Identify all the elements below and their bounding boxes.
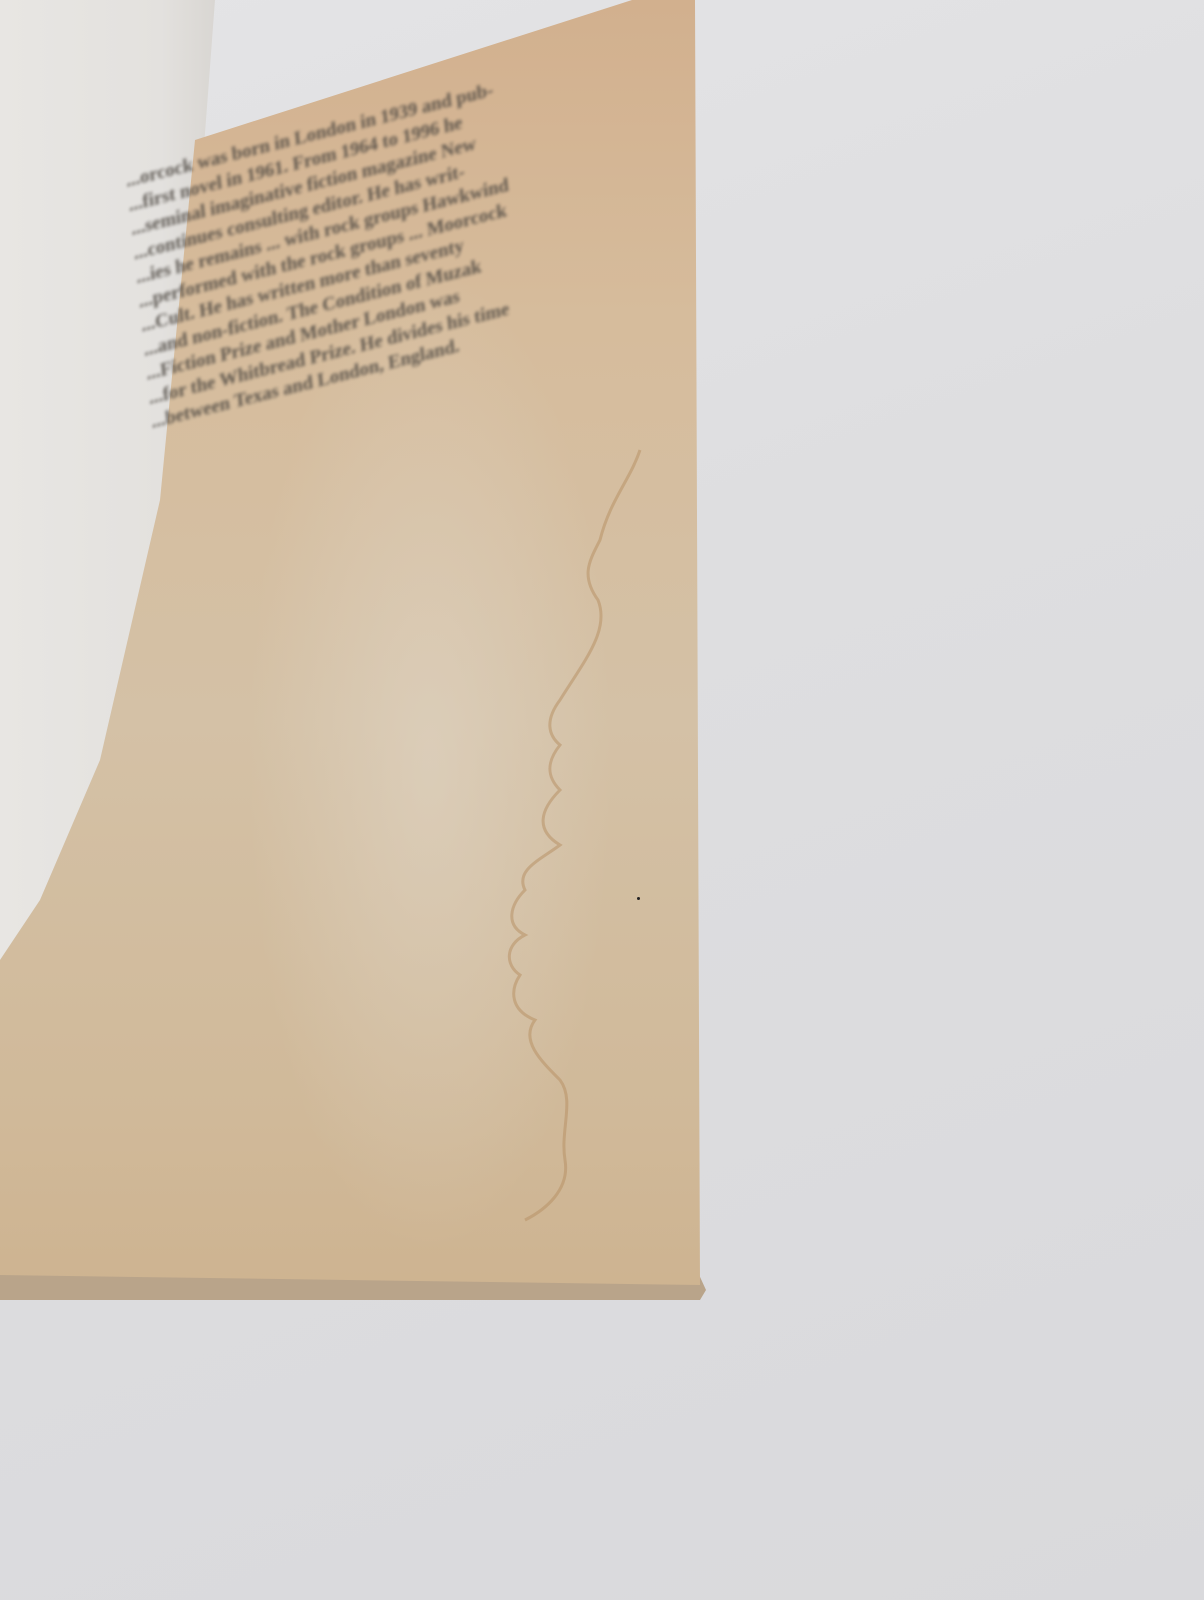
photo-scene: ...orcock was born in London in 1939 and… — [0, 0, 1204, 1600]
book: ...orcock was born in London in 1939 and… — [0, 0, 1204, 1600]
ink-speck — [637, 897, 640, 900]
